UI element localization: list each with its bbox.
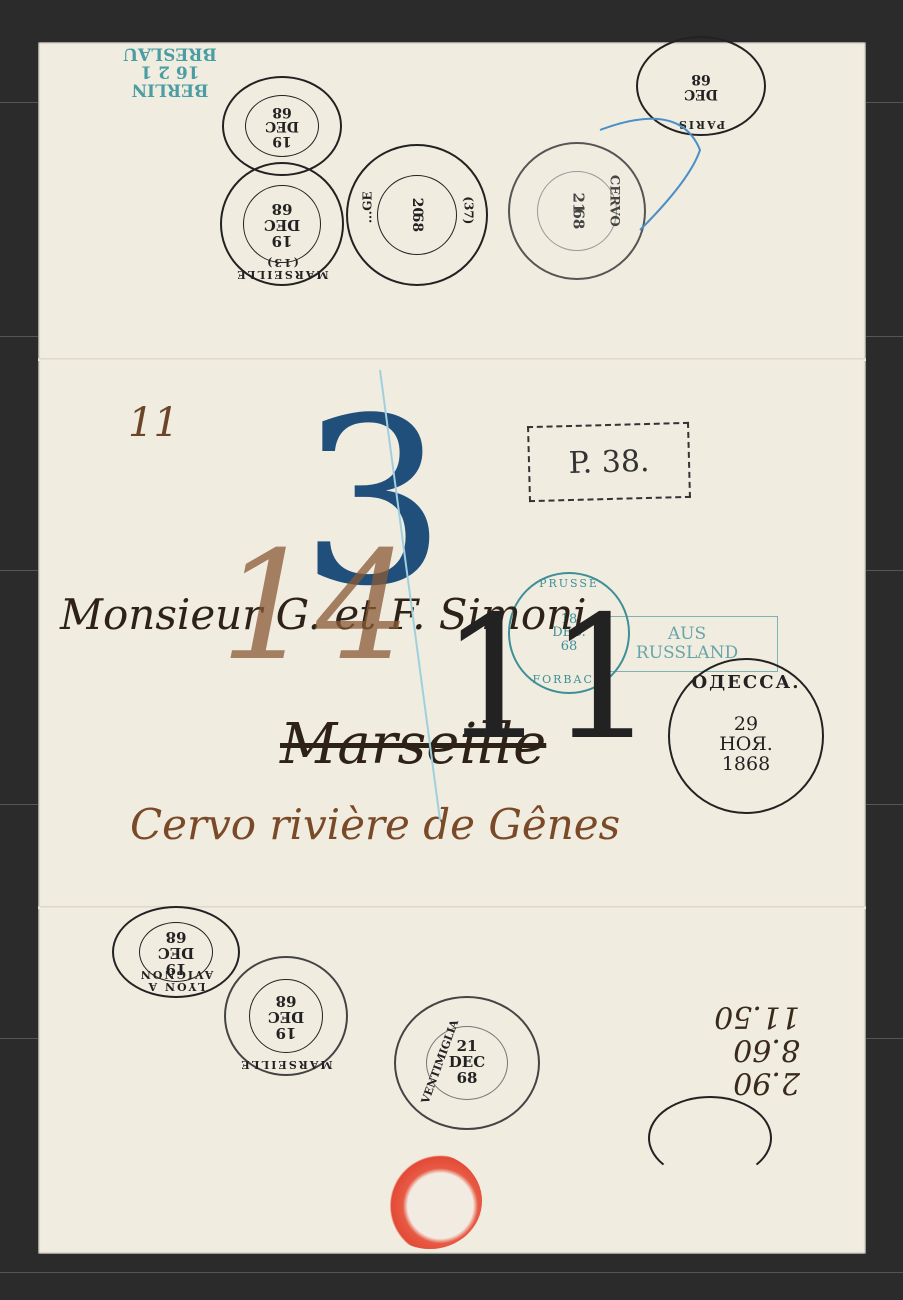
blue-pencil-line (380, 370, 440, 820)
decorative-strokes (0, 0, 903, 1300)
blue-pencil-mark (600, 119, 700, 230)
